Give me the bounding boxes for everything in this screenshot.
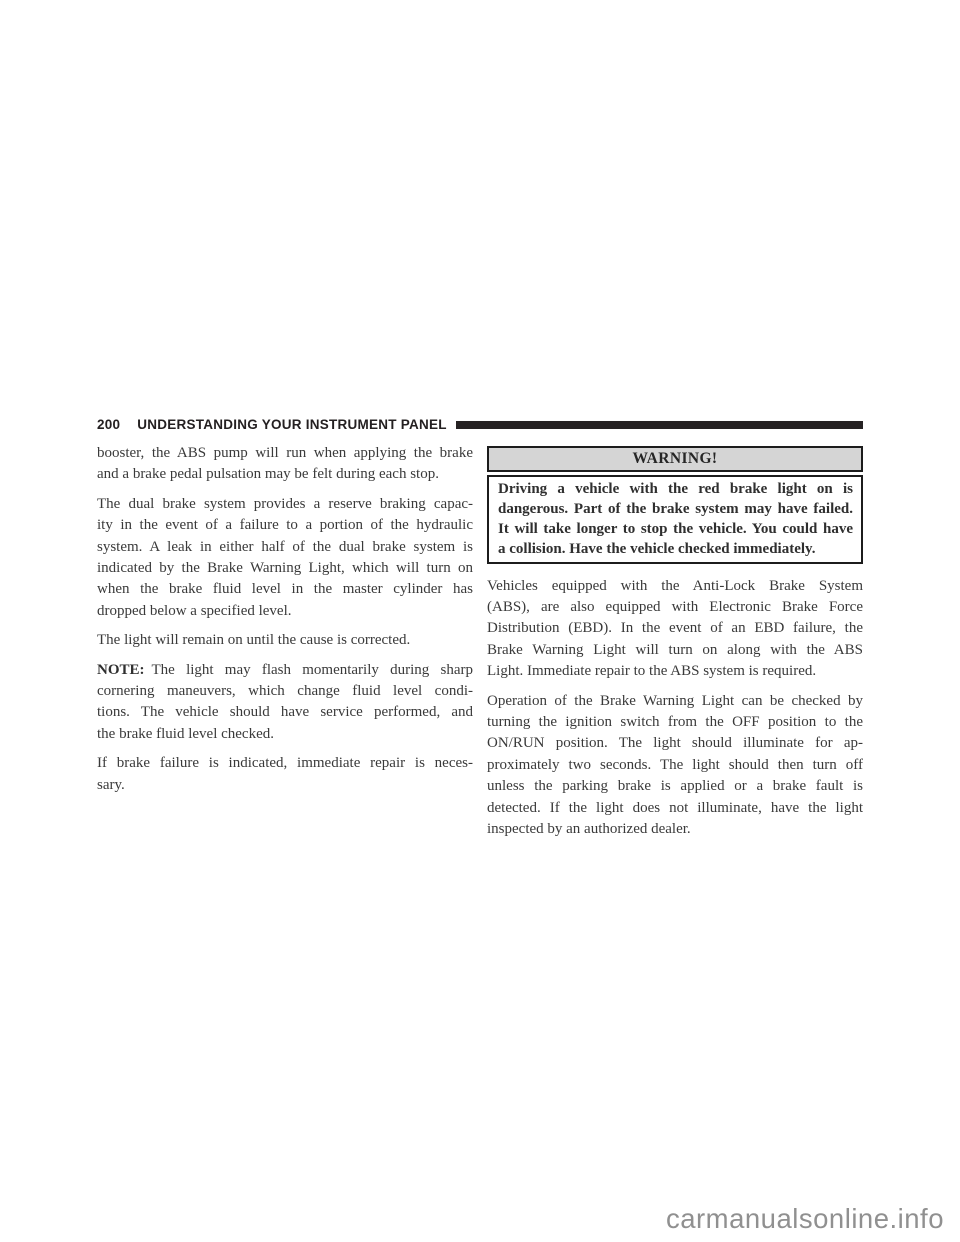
- warning-title: WARNING!: [487, 446, 863, 472]
- manual-page: 200 UNDERSTANDING YOUR INSTRUMENT PANEL …: [0, 0, 960, 1242]
- warning-body: Driving a vehicle with the red brake lig…: [487, 475, 863, 564]
- text-line: dropped below a specified level.: [97, 601, 473, 622]
- right-column-text: Vehicles equipped with the Anti-Lock Bra…: [487, 576, 863, 841]
- text-line: inspected by an authorized dealer.: [487, 819, 863, 840]
- text-line: cornering maneuvers, which change fluid …: [97, 681, 473, 702]
- text-line: Operation of the Brake Warning Light can…: [487, 691, 863, 712]
- text-line: If brake failure is indicated, immediate…: [97, 753, 473, 774]
- text-line: system. A leak in either half of the dua…: [97, 537, 473, 558]
- text-line: proximately two seconds. The light shoul…: [487, 755, 863, 776]
- text-line: when the brake fluid level in the master…: [97, 579, 473, 600]
- paragraph: The dual brake system provides a reserve…: [97, 494, 473, 622]
- text-line: detected. If the light does not illumina…: [487, 798, 863, 819]
- text-line: a collision. Have the vehicle checked im…: [498, 540, 853, 560]
- running-header: 200 UNDERSTANDING YOUR INSTRUMENT PANEL: [97, 417, 863, 432]
- paragraph: Driving a vehicle with the red brake lig…: [498, 480, 853, 560]
- text-line: sary.: [97, 775, 473, 796]
- header-bar-decoration: [456, 421, 863, 429]
- paragraph: The light will remain on until the cause…: [97, 630, 473, 651]
- text-line: Distribution (EBD). In the event of an E…: [487, 618, 863, 639]
- text-line: The dual brake system provides a reserve…: [97, 494, 473, 515]
- watermark: carmanualsonline.info: [666, 1203, 944, 1235]
- text-line: tions. The vehicle should have service p…: [97, 702, 473, 723]
- text-line: NOTE:The light may flash momentarily dur…: [97, 660, 473, 681]
- text-line: unless the parking brake is applied or a…: [487, 776, 863, 797]
- text-line: ity in the event of a failure to a porti…: [97, 515, 473, 536]
- text-line: Vehicles equipped with the Anti-Lock Bra…: [487, 576, 863, 597]
- text-line: and a brake pedal pulsation may be felt …: [97, 464, 473, 485]
- text-line: It will take longer to stop the vehicle.…: [498, 520, 853, 540]
- paragraph: Operation of the Brake Warning Light can…: [487, 691, 863, 841]
- text-line: The light will remain on until the cause…: [97, 630, 473, 651]
- paragraph: If brake failure is indicated, immediate…: [97, 753, 473, 796]
- text-line: Brake Warning Light will turn on along w…: [487, 640, 863, 661]
- text-line: indicated by the Brake Warning Light, wh…: [97, 558, 473, 579]
- page-header-title: UNDERSTANDING YOUR INSTRUMENT PANEL: [137, 417, 447, 432]
- page-number: 200: [97, 417, 120, 432]
- paragraph: Vehicles equipped with the Anti-Lock Bra…: [487, 576, 863, 683]
- page-content: booster, the ABS pump will run when appl…: [97, 443, 863, 841]
- paragraph: NOTE:The light may flash momentarily dur…: [97, 660, 473, 746]
- text-line: ON/RUN position. The light should illumi…: [487, 733, 863, 754]
- note-label: NOTE:: [97, 662, 145, 678]
- text-line: the brake fluid level checked.: [97, 724, 473, 745]
- text-line: Light. Immediate repair to the ABS syste…: [487, 661, 863, 682]
- warning-box: WARNING! Driving a vehicle with the red …: [487, 446, 863, 564]
- text-line: booster, the ABS pump will run when appl…: [97, 443, 473, 464]
- text-line: Driving a vehicle with the red brake lig…: [498, 480, 853, 500]
- left-column: booster, the ABS pump will run when appl…: [97, 443, 473, 841]
- paragraph: booster, the ABS pump will run when appl…: [97, 443, 473, 486]
- text-line: dangerous. Part of the brake system may …: [498, 500, 853, 520]
- text-line: turning the ignition switch from the OFF…: [487, 712, 863, 733]
- text-line: (ABS), are also equipped with Electronic…: [487, 597, 863, 618]
- right-column: WARNING! Driving a vehicle with the red …: [487, 443, 863, 841]
